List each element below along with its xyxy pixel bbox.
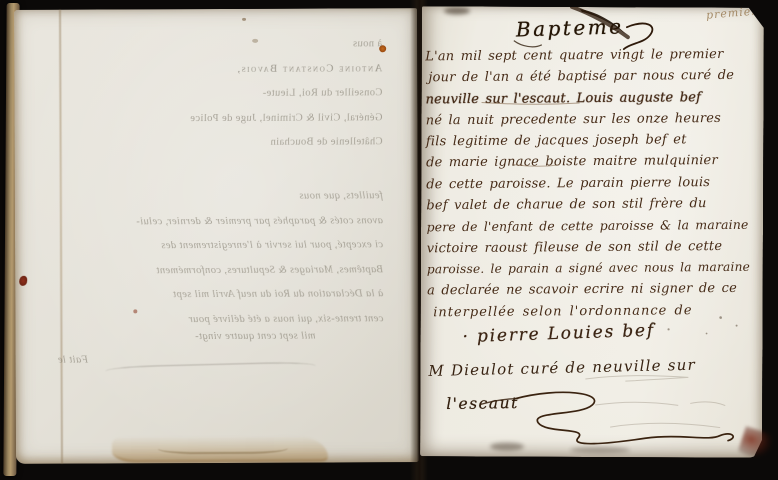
showthrough-line: feuillets, que nous <box>53 184 383 210</box>
left-page: à nous Antoine Constant Bavois, Conseill… <box>14 8 419 464</box>
red-stain <box>19 276 27 286</box>
showthrough-line: mil sept cent quatre vingt- <box>45 325 315 349</box>
showthrough-line: avons cotés & paraphés par premier & der… <box>53 209 383 235</box>
showthrough-text-block-1: à nous Antoine Constant Bavois, Conseill… <box>62 32 383 156</box>
showthrough-line: Général, Civil & Criminel, Juge de Polic… <box>62 106 382 132</box>
showthrough-line: à nous <box>62 32 382 58</box>
ink-flourishes <box>420 6 764 457</box>
showthrough-line: Baptêmes, Mariages & Sepultures, conform… <box>53 258 383 284</box>
showthrough-text-block-3: mil sept cent quatre vingt- Fait le <box>45 324 375 371</box>
showthrough-line: Antoine Constant Bavois, <box>62 57 382 83</box>
ink-speck <box>242 18 246 21</box>
showthrough-text-block-2: feuillets, que nous avons cotés & paraph… <box>53 184 384 332</box>
showthrough-line: Conseiller du Roi, Lieute- <box>62 81 382 107</box>
water-stain-line <box>158 443 288 455</box>
showthrough-line: Châtellenie de Bouchain <box>63 130 383 156</box>
showthrough-line: Fait le <box>57 347 375 371</box>
showthrough-line: ci excepté, pour lui servir à l'enregist… <box>53 233 383 259</box>
manuscript-scan: à nous Antoine Constant Bavois, Conseill… <box>0 0 778 480</box>
right-page: premier Bapteme L'an mil sept cent quatr… <box>420 6 764 457</box>
showthrough-line: à la Déclaration du Roi du neuf Avril mi… <box>53 282 383 308</box>
